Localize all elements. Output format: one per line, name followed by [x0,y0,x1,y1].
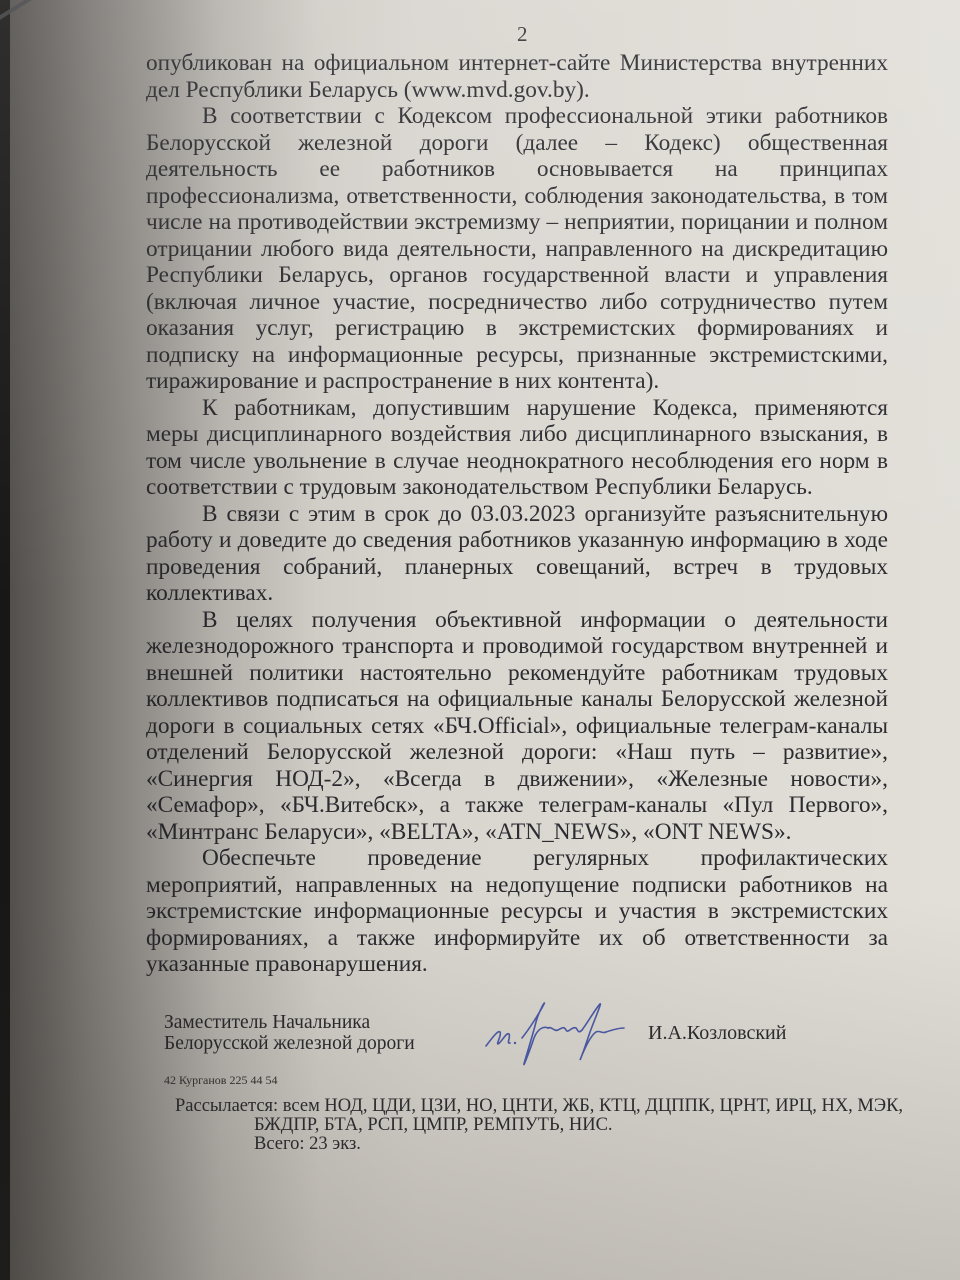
signatory-position: Заместитель Начальника Белорусской желез… [164,1012,415,1054]
handwritten-signature-icon [478,998,638,1068]
signatory-position-line1: Заместитель Начальника [164,1012,415,1033]
executor-contact: 42 Курганов 225 44 54 [164,1073,277,1088]
paper-fold-line [0,0,83,32]
page-number: 2 [517,22,528,47]
distribution-line2: БЖДПР, БТА, РСП, ЦМПР, РЕМПУТЬ, НИС. [175,1116,895,1135]
signatory-name: И.А.Козловский [648,1022,786,1045]
paragraph-continuation: опубликован на официальном интернет-сайт… [146,50,888,103]
distribution-list: Рассылается: всем НОД, ЦДИ, ЦЗИ, НО, ЦНТ… [175,1097,895,1154]
signature-block: Заместитель Начальника Белорусской желез… [164,1012,864,1072]
distribution-line1: Рассылается: всем НОД, ЦДИ, ЦЗИ, НО, ЦНТ… [175,1097,895,1116]
document-body: опубликован на официальном интернет-сайт… [146,50,888,978]
distribution-total: Всего: 23 экз. [175,1135,895,1154]
paragraph-code-of-ethics: В соответствии с Кодексом профессиональн… [146,103,888,395]
paragraph-disciplinary-measures: К работникам, допустившим нарушение Коде… [146,395,888,501]
photo-dark-edge [0,0,10,1280]
paragraph-preventive-measures: Обеспечьте проведение регулярных профила… [146,845,888,978]
signatory-position-line2: Белорусской железной дороги [164,1033,415,1054]
paragraph-recommended-channels: В целях получения объективной информации… [146,607,888,846]
paragraph-deadline-instruction: В связи с этим в срок до 03.03.2023 орга… [146,501,888,607]
